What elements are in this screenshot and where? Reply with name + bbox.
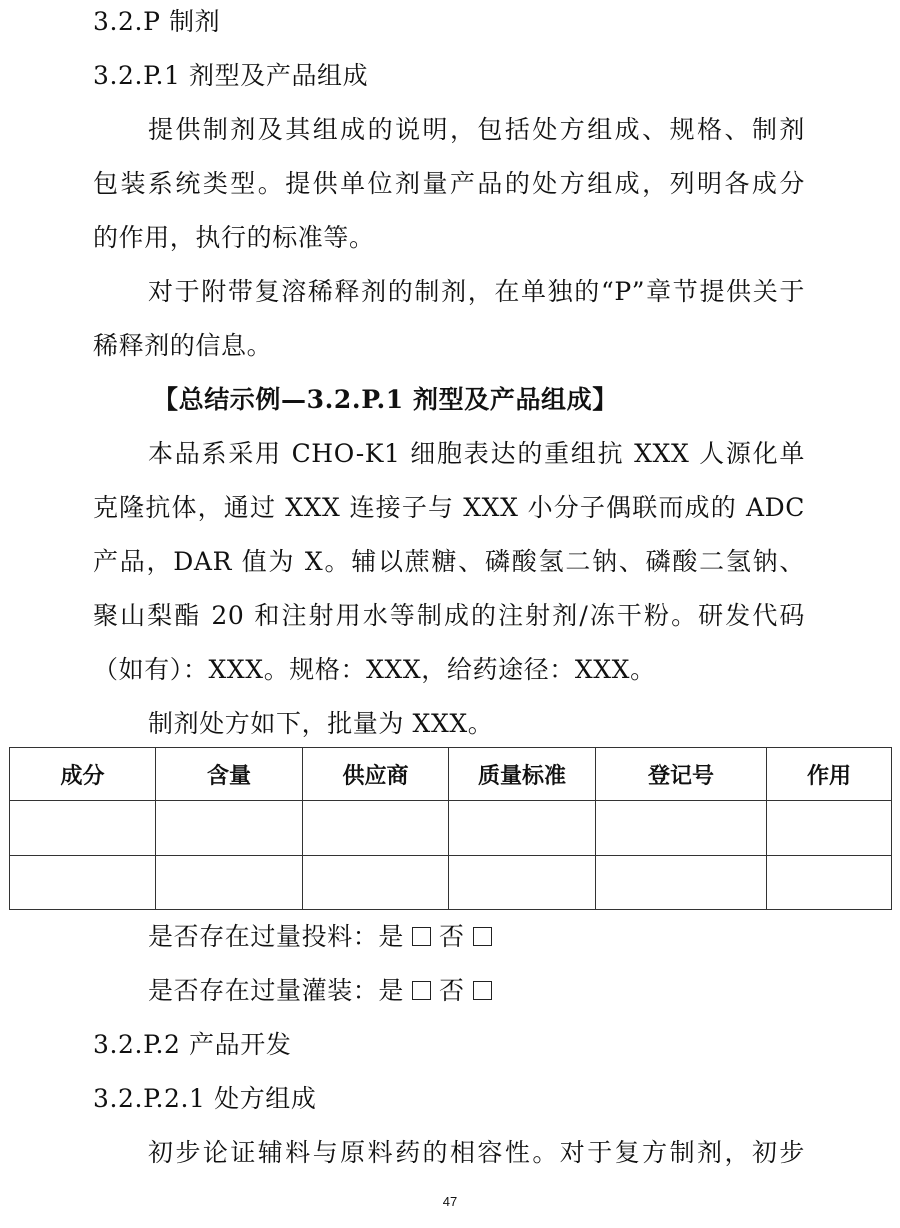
table-cell [10,855,156,910]
table-cell [156,801,303,856]
column-header-amount: 含量 [156,748,303,801]
column-header-registration-no: 登记号 [596,748,767,801]
formula-table: 成分 含量 供应商 质量标准 登记号 作用 [9,747,892,910]
formula-intro: 制剂处方如下，批量为 XXX。 [148,704,805,744]
table-row [10,855,892,910]
table-cell [596,855,767,910]
example-title: 【总结示例—3.2.P.1 剂型及产品组成】 [153,380,810,420]
paragraph-line: 的作用，执行的标准等。 [93,218,805,258]
subsection-heading: 3.2.P.1 剂型及产品组成 [93,56,805,96]
example-line: 聚山梨酯 20 和注射用水等制成的注射剂/冻干粉。研发代码 [93,596,805,636]
paragraph-line: 提供制剂及其组成的说明，包括处方组成、规格、制剂 [148,110,805,150]
table-cell [449,855,596,910]
paragraph-line: 初步论证辅料与原料药的相容性。对于复方制剂，初步 [148,1133,805,1173]
overfill-no-label: 否 [439,976,465,1005]
overage-charge-question: 是否存在过量投料：是否 [148,917,805,957]
example-line: 克隆抗体，通过 XXX 连接子与 XXX 小分子偶联而成的 ADC [93,488,805,528]
overage-charge-yes-label: 是 [378,922,404,951]
column-header-function: 作用 [767,748,892,801]
table-cell [596,801,767,856]
overfill-question: 是否存在过量灌装：是否 [148,971,805,1011]
table-cell [767,855,892,910]
overfill-no-checkbox[interactable] [473,981,492,1000]
paragraph-line: 包装系统类型。提供单位剂量产品的处方组成，列明各成分 [93,164,805,204]
column-header-supplier: 供应商 [303,748,449,801]
section-heading: 3.2.P 制剂 [93,2,805,42]
table-cell [303,801,449,856]
paragraph-line: 对于附带复溶稀释剂的制剂，在单独的“P”章节提供关于 [148,272,805,312]
overage-charge-yes-checkbox[interactable] [412,927,431,946]
overage-charge-no-label: 否 [439,922,465,951]
overfill-yes-label: 是 [378,976,404,1005]
table-cell [10,801,156,856]
table-cell [449,801,596,856]
column-header-quality-standard: 质量标准 [449,748,596,801]
example-line: 产品，DAR 值为 X。辅以蔗糖、磷酸氢二钠、磷酸二氢钠、 [93,542,805,582]
table-row [10,801,892,856]
subsubsection-heading: 3.2.P.2.1 处方组成 [93,1079,805,1119]
table-cell [156,855,303,910]
table-header-row: 成分 含量 供应商 质量标准 登记号 作用 [10,748,892,801]
subsection-heading: 3.2.P.2 产品开发 [93,1025,805,1065]
example-line: 本品系采用 CHO-K1 细胞表达的重组抗 XXX 人源化单 [148,434,805,474]
overfill-yes-checkbox[interactable] [412,981,431,1000]
column-header-ingredient: 成分 [10,748,156,801]
paragraph-line: 稀释剂的信息。 [93,326,805,366]
overfill-label: 是否存在过量灌装： [148,976,378,1005]
overage-charge-no-checkbox[interactable] [473,927,492,946]
example-line: （如有）：XXX。规格：XXX，给药途径：XXX。 [93,650,805,690]
table-cell [303,855,449,910]
page-number: 47 [0,1194,900,1209]
table-cell [767,801,892,856]
overage-charge-label: 是否存在过量投料： [148,922,378,951]
